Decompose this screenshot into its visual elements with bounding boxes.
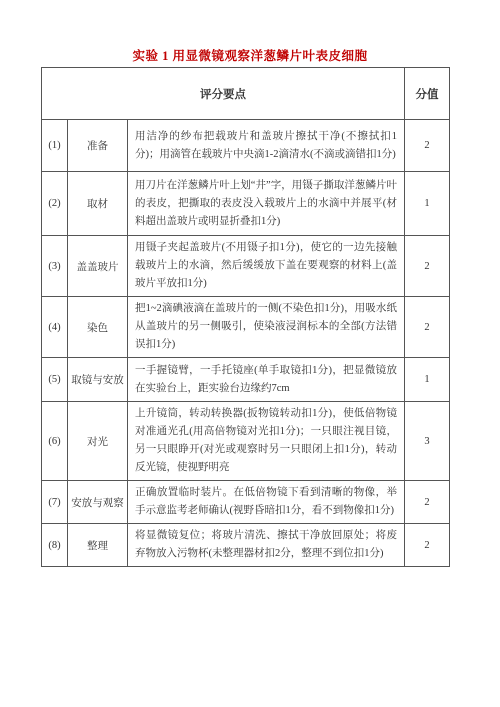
- points-cell: 一手握镜臂，一手托镜座(单手取镜扣1分)，把显微镜放在实验台上，距实验台边缘约7…: [128, 358, 405, 402]
- row-number-cell: (2): [42, 172, 68, 236]
- points-cell: 用洁净的纱布把载玻片和盖玻片擦拭干净(不擦拭扣1分)；用滴管在载玻片中央滴1-2…: [128, 120, 405, 172]
- table-body: (1)准备用洁净的纱布把载玻片和盖玻片擦拭干净(不擦拭扣1分)；用滴管在载玻片中…: [42, 120, 450, 567]
- points-cell: 把1~2滴碘液滴在盖玻片的一侧(不染色扣1分)，用吸水纸从盖玻片的另一侧吸引，使…: [128, 297, 405, 358]
- table-row: (4)染色把1~2滴碘液滴在盖玻片的一侧(不染色扣1分)，用吸水纸从盖玻片的另一…: [42, 297, 450, 358]
- table-header-points: 评分要点: [42, 68, 405, 120]
- score-cell: 2: [405, 236, 450, 297]
- table-row: (3)盖盖玻片用镊子夹起盖玻片(不用镊子扣1分)，使它的一边先接触载玻片上的水滴…: [42, 236, 450, 297]
- row-number-cell: (3): [42, 236, 68, 297]
- table-header-score: 分值: [405, 68, 450, 120]
- points-cell: 用刀片在洋葱鳞片叶上划“井”字，用镊子撕取洋葱鳞片叶的表皮，把撕取的表皮没入载玻…: [128, 172, 405, 236]
- row-number-cell: (1): [42, 120, 68, 172]
- row-number-cell: (4): [42, 297, 68, 358]
- step-name-cell: 整理: [68, 524, 128, 567]
- document-title: 实验 1 用显微镜观察洋葱鳞片叶表皮细胞: [0, 46, 500, 64]
- score-cell: 2: [405, 524, 450, 567]
- step-name-cell: 取镜与安放: [68, 358, 128, 402]
- scoring-table: 评分要点 分值 (1)准备用洁净的纱布把载玻片和盖玻片擦拭干净(不擦拭扣1分)；…: [41, 67, 450, 567]
- row-number-cell: (8): [42, 524, 68, 567]
- points-cell: 上升镜筒，转动转换器(扳物镜转动扣1分)，使低倍物镜对准通光孔(用高倍物镜对光扣…: [128, 402, 405, 481]
- score-cell: 1: [405, 172, 450, 236]
- points-cell: 用镊子夹起盖玻片(不用镊子扣1分)，使它的一边先接触载玻片上的水滴，然后缓缓放下…: [128, 236, 405, 297]
- score-cell: 2: [405, 481, 450, 524]
- row-number-cell: (6): [42, 402, 68, 481]
- score-cell: 2: [405, 297, 450, 358]
- row-number-cell: (7): [42, 481, 68, 524]
- row-number-cell: (5): [42, 358, 68, 402]
- step-name-cell: 安放与观察: [68, 481, 128, 524]
- score-cell: 1: [405, 358, 450, 402]
- step-name-cell: 染色: [68, 297, 128, 358]
- score-cell: 2: [405, 120, 450, 172]
- table-header-row: 评分要点 分值: [42, 68, 450, 120]
- table-row: (8)整理将显微镜复位；将玻片清洗、擦拭干净放回原处；将废弃物放入污物杯(未整理…: [42, 524, 450, 567]
- table-row: (7)安放与观察正确放置临时装片。在低倍物镜下看到清晰的物像，举手示意监考老师确…: [42, 481, 450, 524]
- step-name-cell: 取材: [68, 172, 128, 236]
- step-name-cell: 对光: [68, 402, 128, 481]
- points-cell: 将显微镜复位；将玻片清洗、擦拭干净放回原处；将废弃物放入污物杯(未整理器材扣2分…: [128, 524, 405, 567]
- scoring-table-container: 评分要点 分值 (1)准备用洁净的纱布把载玻片和盖玻片擦拭干净(不擦拭扣1分)；…: [41, 67, 450, 567]
- step-name-cell: 盖盖玻片: [68, 236, 128, 297]
- points-cell: 正确放置临时装片。在低倍物镜下看到清晰的物像，举手示意监考老师确认(视野昏暗扣1…: [128, 481, 405, 524]
- table-row: (6)对光上升镜筒，转动转换器(扳物镜转动扣1分)，使低倍物镜对准通光孔(用高倍…: [42, 402, 450, 481]
- table-row: (5)取镜与安放一手握镜臂，一手托镜座(单手取镜扣1分)，把显微镜放在实验台上，…: [42, 358, 450, 402]
- score-cell: 3: [405, 402, 450, 481]
- table-row: (2)取材用刀片在洋葱鳞片叶上划“井”字，用镊子撕取洋葱鳞片叶的表皮，把撕取的表…: [42, 172, 450, 236]
- table-row: (1)准备用洁净的纱布把载玻片和盖玻片擦拭干净(不擦拭扣1分)；用滴管在载玻片中…: [42, 120, 450, 172]
- step-name-cell: 准备: [68, 120, 128, 172]
